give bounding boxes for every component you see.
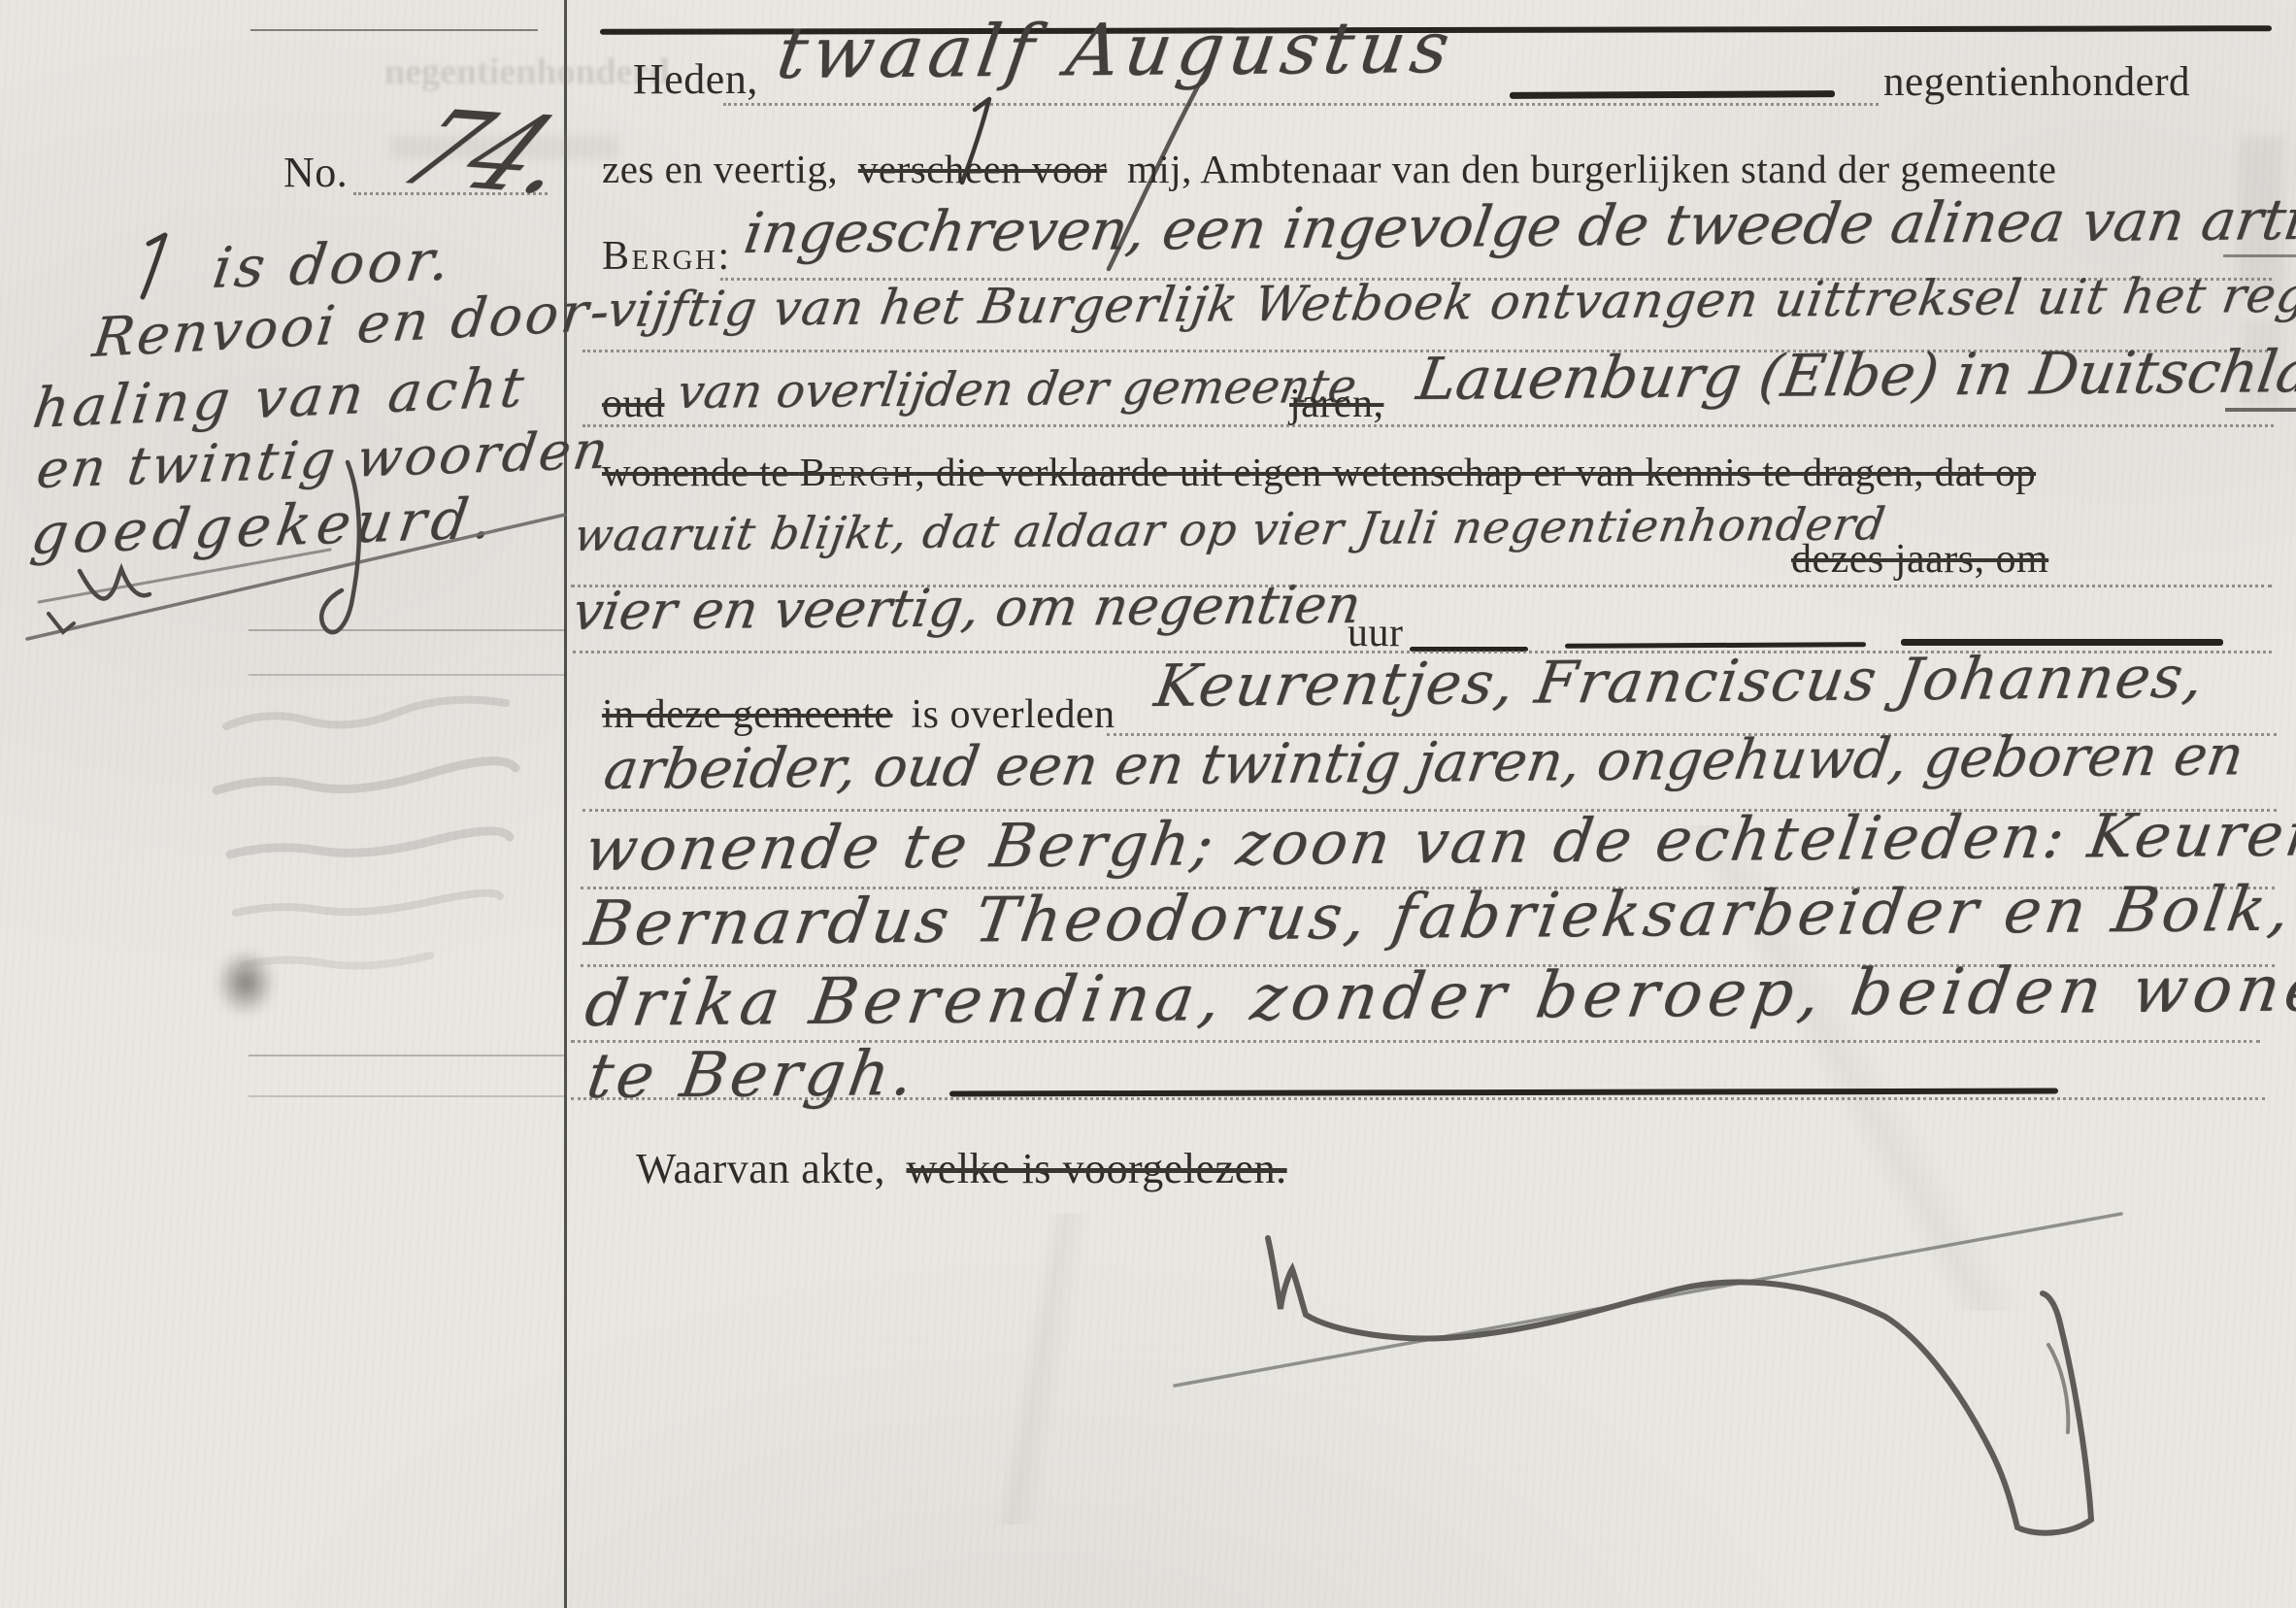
in-deze-gemeente-struck: in deze gemeente [602,692,893,737]
bleed-through-text: negentienhonderd [384,50,669,93]
dotted-rule [723,103,1879,106]
ambtenaar-text: mij, Ambtenaar van den burgerlijken stan… [1127,147,2057,191]
record-number-label: No. [283,148,348,197]
wonende-text: wonende te [602,450,800,494]
bleed-edge-mark [2223,254,2296,257]
bleed-form-line [249,1055,565,1056]
verklaarde-text: , die verklaarde uit eigen wetenschap er… [915,450,2036,494]
hw-te-bergh: te Bergh. [582,1038,921,1113]
gemeente-name-label: Bergh: [602,233,732,280]
dotted-rule [582,424,2274,427]
ink-filled-blank [1510,90,1835,99]
paper-crease [602,1214,1476,1524]
is-overleden-text: is overleden [912,692,1115,737]
overleden-line: in deze gemeente is overleden [602,691,1115,738]
zes-en-veertig-text: zes en veertig, [602,147,838,191]
heden-label: Heden, [633,54,758,104]
hw-deceased-name: Keurentjes, Franciscus Johannes, [1150,644,2210,720]
negentienhonderd-label: negentienhonderd [1883,58,2190,106]
waarvan-akte-text: Waarvan akte, [636,1145,885,1192]
uur-label: uur [1348,610,1404,656]
bergh-smallcaps: Bergh [800,450,915,494]
margin-top-rule [250,29,538,31]
hw-arbeider: arbeider, oud een en twintig jaren, onge… [600,723,2247,802]
hw-vijftig: vijftig van het Burgerlijk Wetboek ontva… [604,266,2296,338]
hw-ingeschreven: ingeschreven, een ingevolge de tweede al… [740,185,2296,266]
verscheen-voor-struck: verscheen voor [858,147,1107,191]
officiant-line: zes en veertig, verscheen voor mij, Ambt… [602,146,2057,192]
jaren-struck: jaren, [1289,381,1383,427]
bleed-edge-mark [2225,408,2296,412]
death-certificate-scan: negentienhonderd No. 74. is door. Renvoo… [0,0,2296,1608]
bleed-form-line [249,1095,565,1097]
paper-crease [1456,825,2233,1311]
hw-lauenburg: Lauenburg (Elbe) in Duitschland [1413,337,2296,414]
hw-waaruit: waaruit blijkt, dat aldaar op vier Juli … [571,497,1889,561]
hw-van-overlijden: van overlijden der gemeente [674,359,1360,419]
hw-vier-en-veertig: vier en veertig, om negentien [569,574,1365,642]
margin-signature-flourish [19,456,582,660]
waarvan-akte-line: Waarvan akte, welke is voorgelezen. [636,1144,1287,1193]
oud-struck: oud [602,381,665,427]
wonende-struck-line: wonende te Bergh, die verklaarde uit eig… [602,449,2036,495]
voorgelezen-struck: welke is voorgelezen. [907,1145,1287,1192]
renvooi-mark [136,231,179,303]
dezes-jaars-struck: dezes jaars, om [1791,536,2048,583]
